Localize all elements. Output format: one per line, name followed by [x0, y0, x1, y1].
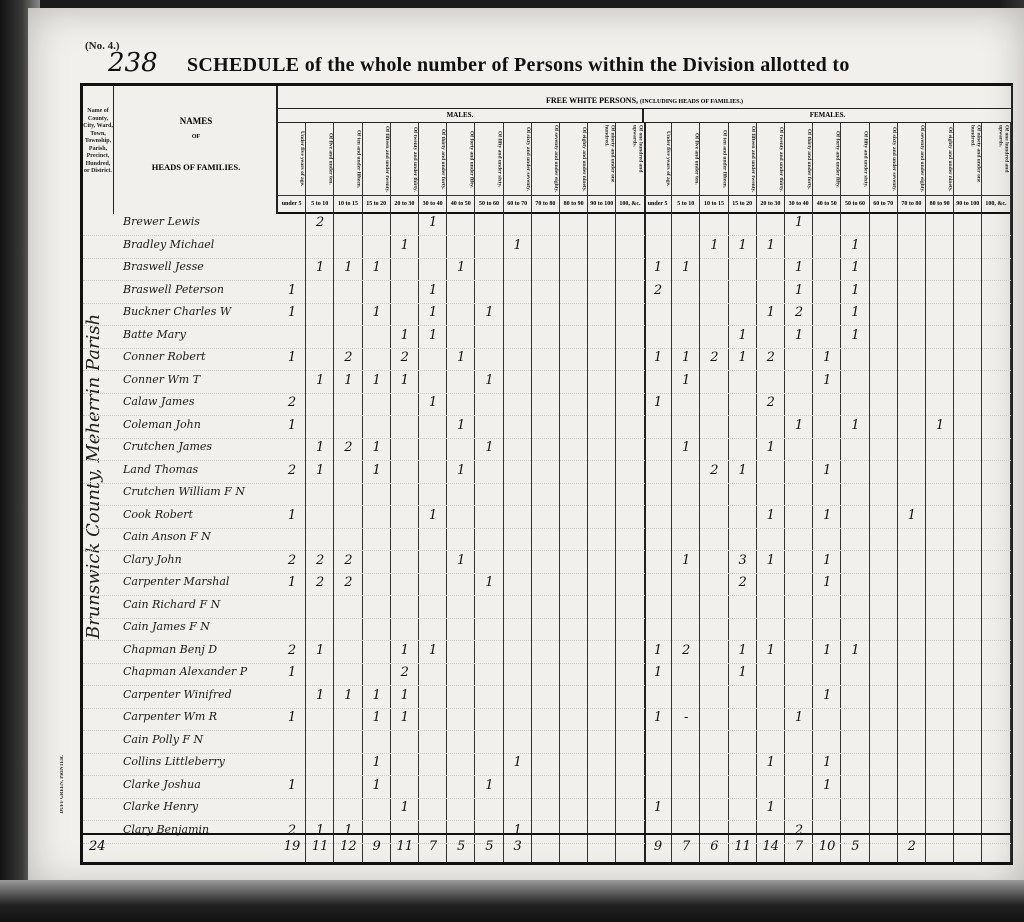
age-column-label: Of fifty and under sixty.: [841, 125, 868, 193]
male-count-cell: 1: [306, 373, 334, 388]
male-count-cell: 1: [306, 260, 334, 275]
male-count-cell: 1: [363, 440, 391, 455]
female-count-cell: 2: [757, 350, 785, 365]
male-count-cell: 1: [334, 688, 362, 703]
total-cell: 11: [391, 839, 419, 854]
female-count-cell: 1: [644, 260, 672, 275]
male-count-cell: 1: [419, 508, 447, 523]
female-count-cell: 1: [644, 800, 672, 815]
female-count-cell: 2: [672, 643, 700, 658]
age-range-label: 20 to 30: [391, 195, 418, 214]
male-count-cell: 1: [504, 238, 532, 253]
male-count-cell: 1: [391, 800, 419, 815]
male-count-cell: 1: [363, 305, 391, 320]
male-count-cell: 2: [334, 350, 362, 365]
female-count-cell: 1: [672, 553, 700, 568]
age-range-label: under 5: [644, 195, 671, 214]
total-cell: 5: [841, 839, 869, 854]
male-count-cell: 1: [447, 418, 475, 433]
age-range-label: 5 to 10: [672, 195, 699, 214]
female-count-cell: 1: [785, 418, 813, 433]
female-count-cell: 2: [644, 283, 672, 298]
female-count-cell: 1: [757, 238, 785, 253]
age-range-label: 15 to 20: [363, 195, 390, 214]
total-cell: 14: [757, 839, 785, 854]
head-of-family-name: Clarke Henry: [123, 800, 273, 813]
head-of-family-name: Conner Wm T: [123, 373, 273, 386]
female-count-cell: 1: [841, 643, 869, 658]
head-of-family-name: Buckner Charles W: [123, 305, 273, 318]
female-count-cell: 1: [841, 305, 869, 320]
female-count-cell: 2: [700, 463, 728, 478]
male-count-cell: 1: [419, 215, 447, 230]
head-of-family-name: Carpenter Winifred: [123, 688, 273, 701]
female-count-cell: 1: [757, 800, 785, 815]
male-count-cell: 1: [391, 373, 419, 388]
females-header: FEMALES.: [644, 109, 1011, 123]
female-count-cell: 1: [757, 553, 785, 568]
table-row: Cain Polly F N: [83, 731, 1011, 754]
male-count-cell: 1: [363, 260, 391, 275]
totals-row: 24 1911129117553976111471052: [83, 833, 1011, 861]
schedule-title: SCHEDULE of the whole number of Persons …: [187, 54, 850, 77]
head-of-family-name: Cook Robert: [123, 508, 273, 521]
male-count-cell: 1: [447, 463, 475, 478]
female-count-cell: 1: [841, 260, 869, 275]
table-row: Carpenter Marshal122121: [83, 573, 1011, 596]
age-column-label: Of eighty and under ninety.: [926, 125, 953, 193]
table-row: Batte Mary11111: [83, 326, 1011, 349]
male-count-cell: 1: [419, 305, 447, 320]
female-count-cell: 1: [672, 373, 700, 388]
female-count-cell: 1: [757, 643, 785, 658]
female-count-cell: 2: [785, 305, 813, 320]
age-range-label: 40 to 50: [447, 195, 474, 214]
female-count-cell: 1: [785, 710, 813, 725]
male-count-cell: 1: [475, 440, 503, 455]
head-of-family-name: Coleman John: [123, 418, 273, 431]
age-range-label: 40 to 50: [813, 195, 840, 214]
female-count-cell: 1: [729, 328, 757, 343]
table-row: Cain Richard F N: [83, 596, 1011, 619]
county-column-header: Name of County, City, Ward, Town, Townsh…: [83, 86, 114, 214]
age-column-label: Of fifteen and under twenty.: [729, 125, 756, 193]
female-count-cell: 1: [813, 553, 841, 568]
age-column-label: Of ten and under fifteen.: [334, 125, 361, 193]
male-count-cell: 1: [363, 688, 391, 703]
male-count-cell: 1: [504, 755, 532, 770]
female-count-cell: 1: [813, 463, 841, 478]
male-count-cell: 1: [278, 575, 306, 590]
age-range-label: 70 to 80: [532, 195, 559, 214]
male-count-cell: 1: [334, 373, 362, 388]
age-column-label: Of one hundred and upwards.: [982, 125, 1009, 193]
total-cell: 7: [785, 839, 813, 854]
male-count-cell: 1: [419, 395, 447, 410]
age-column-label: Of twenty and under thirty.: [757, 125, 784, 193]
age-range-label: 100, &c.: [616, 195, 643, 214]
age-column-label: Of five and under ten.: [672, 125, 699, 193]
table-row: Cain Anson F N: [83, 528, 1011, 551]
head-of-family-name: Braswell Peterson: [123, 283, 273, 296]
head-of-family-name: Crutchen James: [123, 440, 273, 453]
female-count-cell: 1: [785, 260, 813, 275]
age-range-label: 60 to 70: [870, 195, 897, 214]
age-column-label: Of seventy and under eighty.: [898, 125, 925, 193]
table-row: Collins Littleberry1111: [83, 753, 1011, 776]
head-of-family-name: Chapman Alexander P: [123, 665, 273, 678]
male-count-cell: 1: [391, 710, 419, 725]
male-count-cell: 1: [447, 260, 475, 275]
male-count-cell: 1: [363, 463, 391, 478]
female-count-cell: 1: [757, 305, 785, 320]
male-count-cell: 2: [278, 463, 306, 478]
male-count-cell: 1: [419, 643, 447, 658]
age-range-label: 100, &c.: [982, 195, 1009, 214]
female-count-cell: 1: [644, 643, 672, 658]
table-row: Clarke Henry111: [83, 798, 1011, 821]
age-range-label: 15 to 20: [729, 195, 756, 214]
female-count-cell: 1: [757, 440, 785, 455]
head-of-family-name: Conner Robert: [123, 350, 273, 363]
male-count-cell: 2: [306, 215, 334, 230]
table-row: Carpenter Wm R1111-1: [83, 708, 1011, 731]
free-white-persons-header: FREE WHITE PERSONS, (INCLUDING HEADS OF …: [278, 94, 1011, 109]
total-cell: 7: [419, 839, 447, 854]
female-count-cell: 1: [813, 508, 841, 523]
male-count-cell: 1: [475, 575, 503, 590]
total-cell: 11: [729, 839, 757, 854]
female-count-cell: 1: [785, 215, 813, 230]
age-range-label: 30 to 40: [785, 195, 812, 214]
table-row: Land Thomas2111211: [83, 461, 1011, 484]
age-range-label: 20 to 30: [757, 195, 784, 214]
male-count-cell: 1: [334, 260, 362, 275]
page-number: 238: [108, 48, 158, 78]
male-count-cell: 2: [334, 553, 362, 568]
head-of-family-name: Brewer Lewis: [123, 215, 273, 228]
male-count-cell: 1: [475, 373, 503, 388]
female-count-cell: -: [672, 710, 700, 725]
head-of-family-name: Calaw James: [123, 395, 273, 408]
head-of-family-name: Land Thomas: [123, 463, 273, 476]
head-of-family-name: Batte Mary: [123, 328, 273, 341]
male-count-cell: 1: [278, 508, 306, 523]
female-count-cell: 2: [700, 350, 728, 365]
male-count-cell: 1: [363, 710, 391, 725]
age-range-label: 60 to 70: [504, 195, 531, 214]
age-range-label: 90 to 100: [588, 195, 615, 214]
names-subtitle: HEADS OF FAMILIES.: [116, 162, 276, 172]
age-column-label: Of seventy and under eighty.: [532, 125, 559, 193]
age-range-label: 50 to 60: [475, 195, 502, 214]
table-row: Conner Wm T1111111: [83, 371, 1011, 394]
male-count-cell: 2: [391, 350, 419, 365]
female-count-cell: 1: [729, 350, 757, 365]
age-column-label: Of five and under ten.: [306, 125, 333, 193]
total-cell: 10: [813, 839, 841, 854]
age-column-label: Of eighty and under ninety.: [560, 125, 587, 193]
head-of-family-name: Bradley Michael: [123, 238, 273, 251]
total-cell: 11: [306, 839, 334, 854]
age-column-label: Of ten and under fifteen.: [700, 125, 727, 193]
total-cell: 9: [363, 839, 391, 854]
head-of-family-name: Clary John: [123, 553, 273, 566]
table-row: Clarke Joshua1111: [83, 776, 1011, 799]
table-row: Crutchen William F N: [83, 483, 1011, 506]
table-row: Clary John22211311: [83, 551, 1011, 574]
female-count-cell: 1: [729, 665, 757, 680]
table-row: Bradley Michael111111: [83, 236, 1011, 259]
male-count-cell: 1: [363, 373, 391, 388]
male-count-cell: 2: [334, 440, 362, 455]
table-row: Brewer Lewis211: [83, 213, 1011, 236]
female-count-cell: 1: [644, 665, 672, 680]
head-of-family-name: Cain James F N: [123, 620, 273, 633]
total-cell: 3: [504, 839, 532, 854]
female-count-cell: 1: [672, 440, 700, 455]
male-count-cell: 2: [391, 665, 419, 680]
male-count-cell: 1: [278, 665, 306, 680]
female-count-cell: 1: [841, 238, 869, 253]
head-of-family-name: Cain Polly F N: [123, 733, 273, 746]
table-row: Braswell Peterson11211: [83, 281, 1011, 304]
female-count-cell: 1: [926, 418, 954, 433]
age-column-label: Of ninety and under one hundred.: [954, 125, 981, 193]
female-count-cell: 2: [729, 575, 757, 590]
table-row: Cook Robert11111: [83, 506, 1011, 529]
male-count-cell: 1: [363, 755, 391, 770]
female-count-cell: 1: [729, 238, 757, 253]
male-count-cell: 2: [278, 395, 306, 410]
total-cell: 5: [447, 839, 475, 854]
male-count-cell: 2: [334, 575, 362, 590]
group-subtitle: (INCLUDING HEADS OF FAMILIES.): [640, 99, 743, 105]
age-column-label: Of forty and under fifty.: [447, 125, 474, 193]
female-count-cell: 1: [785, 283, 813, 298]
total-cell: 7: [672, 839, 700, 854]
female-count-cell: 1: [700, 238, 728, 253]
table-row: Chapman Alexander P1211: [83, 663, 1011, 686]
age-column-label: Of thirty and under forty.: [785, 125, 812, 193]
table-row: Cain James F N: [83, 618, 1011, 641]
female-count-cell: 1: [729, 643, 757, 658]
female-count-cell: 1: [729, 463, 757, 478]
total-cell: 6: [700, 839, 728, 854]
head-of-family-name: Crutchen William F N: [123, 485, 273, 498]
male-count-cell: 1: [278, 305, 306, 320]
male-count-cell: 1: [391, 238, 419, 253]
female-count-cell: 1: [841, 283, 869, 298]
female-count-cell: 1: [813, 373, 841, 388]
age-range-label: 80 to 90: [926, 195, 953, 214]
head-of-family-name: Carpenter Wm R: [123, 710, 273, 723]
age-range-label: 10 to 15: [700, 195, 727, 214]
table-row: Calaw James2112: [83, 393, 1011, 416]
group-title: FREE WHITE PERSONS,: [546, 96, 638, 105]
female-count-cell: 1: [813, 643, 841, 658]
female-count-cell: 2: [757, 395, 785, 410]
head-of-family-name: Carpenter Marshal: [123, 575, 273, 588]
age-range-label: 70 to 80: [898, 195, 925, 214]
age-range-label: 50 to 60: [841, 195, 868, 214]
male-count-cell: 1: [447, 350, 475, 365]
female-count-cell: 1: [757, 508, 785, 523]
age-range-label: 30 to 40: [419, 195, 446, 214]
head-of-family-name: Clarke Joshua: [123, 778, 273, 791]
male-count-cell: 2: [278, 553, 306, 568]
table-row: Crutchen James121111: [83, 438, 1011, 461]
age-column-label: Of fifteen and under twenty.: [363, 125, 390, 193]
names-of: OF: [116, 134, 276, 140]
age-range-label: under 5: [278, 195, 305, 214]
male-count-cell: 2: [306, 575, 334, 590]
female-count-cell: 1: [813, 575, 841, 590]
female-count-cell: 1: [785, 328, 813, 343]
male-count-cell: 1: [391, 688, 419, 703]
age-column-label: Of fifty and under sixty.: [475, 125, 502, 193]
age-column-label: Under five years of age.: [644, 125, 671, 193]
census-table: Name of County, City, Ward, Town, Townsh…: [80, 83, 1013, 865]
male-count-cell: 1: [306, 688, 334, 703]
male-count-cell: 1: [306, 440, 334, 455]
male-count-cell: 1: [306, 643, 334, 658]
county-column-label: Name of County, City, Ward, Town, Townsh…: [83, 108, 113, 176]
male-count-cell: 1: [278, 418, 306, 433]
male-count-cell: 1: [278, 710, 306, 725]
scan-bottom-edge: [0, 880, 1024, 922]
female-count-cell: 1: [672, 260, 700, 275]
male-count-cell: 2: [306, 553, 334, 568]
male-count-cell: 1: [363, 778, 391, 793]
age-range-label: 5 to 10: [306, 195, 333, 214]
names-title: NAMES: [116, 116, 276, 126]
age-column-label: Of thirty and under forty.: [419, 125, 446, 193]
female-count-cell: 1: [841, 328, 869, 343]
total-cell: 12: [334, 839, 362, 854]
female-count-cell: 1: [813, 755, 841, 770]
male-count-cell: 1: [419, 283, 447, 298]
female-count-cell: 1: [757, 755, 785, 770]
head-of-family-name: Collins Littleberry: [123, 755, 273, 768]
age-column-label: Of ninety and under one hundred.: [588, 125, 615, 193]
female-count-cell: 1: [644, 395, 672, 410]
table-row: Chapman Benj D2111121111: [83, 641, 1011, 664]
male-count-cell: 1: [278, 283, 306, 298]
males-header: MALES.: [278, 109, 644, 123]
male-count-cell: 1: [391, 643, 419, 658]
table-row: Carpenter Winifred11111: [83, 686, 1011, 709]
head-of-family-name: Cain Richard F N: [123, 598, 273, 611]
age-column-label: Of sixty and under seventy.: [504, 125, 531, 193]
female-count-cell: 1: [841, 418, 869, 433]
female-count-cell: 1: [644, 350, 672, 365]
total-cell: 9: [644, 839, 672, 854]
age-column-label: Of twenty and under thirty.: [391, 125, 418, 193]
female-count-cell: 1: [813, 688, 841, 703]
male-count-cell: 1: [278, 778, 306, 793]
age-column-label: Under five years of age.: [278, 125, 305, 193]
age-column-label: Of forty and under fifty.: [813, 125, 840, 193]
total-cell: 19: [278, 839, 306, 854]
male-count-cell: 1: [447, 553, 475, 568]
female-count-cell: 1: [813, 778, 841, 793]
male-count-cell: 2: [278, 643, 306, 658]
age-range-label: 10 to 15: [334, 195, 361, 214]
female-count-cell: 1: [672, 350, 700, 365]
female-count-cell: 3: [729, 553, 757, 568]
total-cell: 5: [475, 839, 503, 854]
male-count-cell: 1: [391, 328, 419, 343]
page-total: 24: [89, 839, 106, 854]
male-count-cell: 1: [475, 305, 503, 320]
age-column-label: Of sixty and under seventy.: [870, 125, 897, 193]
male-count-cell: 1: [306, 463, 334, 478]
age-range-label: 80 to 90: [560, 195, 587, 214]
table-row: Coleman John11111: [83, 416, 1011, 439]
female-count-cell: 1: [644, 710, 672, 725]
head-of-family-name: Cain Anson F N: [123, 530, 273, 543]
female-count-cell: 1: [898, 508, 926, 523]
printer-credit: DUFF GREEN, PRINTER.: [60, 755, 65, 813]
age-column-label: Of one hundred and upwards.: [616, 125, 643, 193]
names-column-header: NAMES OF HEADS OF FAMILIES.: [116, 86, 278, 214]
total-cell: 2: [898, 839, 926, 854]
female-count-cell: 1: [813, 350, 841, 365]
male-count-cell: 1: [419, 328, 447, 343]
table-row: Conner Robert1221112121: [83, 348, 1011, 371]
age-range-label: 90 to 100: [954, 195, 981, 214]
head-of-family-name: Chapman Benj D: [123, 643, 273, 656]
head-of-family-name: Braswell Jesse: [123, 260, 273, 273]
table-row: Braswell Jesse11111111: [83, 258, 1011, 281]
table-row: Buckner Charles W1111121: [83, 303, 1011, 326]
male-count-cell: 1: [475, 778, 503, 793]
male-count-cell: 1: [278, 350, 306, 365]
